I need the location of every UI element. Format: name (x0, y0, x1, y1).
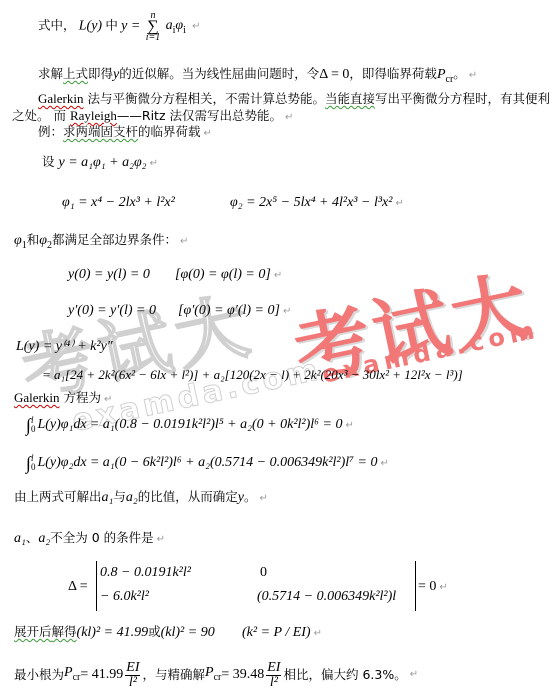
math: [φ(0) = φ(l) = 0] (175, 267, 271, 282)
math: L(y) = y⁽⁴⁾ + k²y″ (16, 339, 113, 354)
text: 方程为 (59, 390, 100, 405)
text: 即得 (88, 66, 113, 81)
final-result: 最小根为 Pcr = 41.99 EIl² ，与精确解 Pcr = 39.48 … (14, 660, 418, 690)
math: [φ′(0) = φ′(l) = 0] (178, 303, 280, 318)
math: P (437, 67, 446, 82)
determinant-rhs: = 0↵ (418, 578, 448, 596)
paragraph-mark-icon: ↵ (469, 70, 477, 81)
paragraph-mark-icon: ↵ (260, 493, 268, 504)
math: L(y)φ₂dx (37, 455, 86, 470)
determinant-lhs: Δ = (68, 578, 88, 595)
paragraph-galerkin: Galerkin 法与平衡微分方程相关，不需计算总势能。当能直接写出平衡微分方程… (38, 91, 550, 107)
math: cr (73, 672, 81, 683)
paragraph-mark-icon: ↵ (410, 667, 418, 683)
text: 都满足全部边界条件： (52, 232, 177, 247)
denominator: l² (270, 676, 278, 690)
text: ——Ritz 法仅需写出总势能。 (117, 108, 282, 123)
paragraph-mark-icon: ↵ (157, 534, 165, 545)
text: 的近似解。当为线性屈曲问题时，令 (119, 66, 319, 81)
line-approx-solution: 求解上式即得y的近似解。当为线性屈曲问题时，令Δ = 0，即得临界荷载Pcr。↵ (38, 66, 477, 88)
math: cr (214, 672, 222, 683)
math: = a₁(0.8 − 0.0191k²l²)l⁵ + a₂(0 + 0k²l²)… (90, 417, 343, 432)
math: = a₁[24 + 2k²(6x² − 6lx + l²)] + a₂[120(… (42, 367, 463, 382)
math: (k² = P / EI) (242, 625, 311, 640)
text: 式中， (38, 17, 76, 32)
text: 展开后 (14, 624, 52, 639)
paragraph-mark-icon: ↵ (285, 112, 293, 123)
math: φ (175, 18, 183, 33)
boundary-condition-2-phi: [φ′(0) = φ′(l) = 0]↵ (178, 302, 291, 320)
text: 之处。 而 (12, 108, 70, 123)
bc-intro: φ1和φ2都满足全部边界条件：↵ (14, 232, 188, 254)
text: 法与平衡微分方程相关，不需计算总势能。 (83, 91, 324, 106)
paragraph-mark-icon: ↵ (180, 236, 188, 247)
text: 最小根为 (14, 667, 64, 683)
fraction: EIl² (125, 661, 140, 690)
math: = 39.48 (221, 667, 264, 683)
math: a₁ (14, 531, 26, 546)
text: 中 (105, 17, 118, 32)
math: y(0) = y(l) = 0 (68, 267, 150, 282)
math: = a₁(0 − 6k²l²)l⁶ + a₂(0.5714 − 0.006349… (90, 455, 378, 470)
math: (kl)² = 90 (161, 625, 215, 640)
paragraph-mark-icon: ↵ (380, 458, 388, 469)
math: = 0 (418, 579, 436, 594)
phi1-definition: φ₁ = x⁴ − 2lx³ + l²x² (62, 194, 175, 211)
math: L(y)φ₁dx (37, 417, 86, 432)
text: 的比值，从而确定 (138, 489, 238, 504)
paragraph-mark-icon: ↵ (274, 270, 282, 281)
text: 或 (148, 624, 161, 639)
paragraph-mark-icon: ↵ (192, 21, 200, 32)
math: φ₂ = 2x⁵ − 5lx⁴ + 4l²x³ − l³x² (230, 195, 392, 210)
boundary-condition-2: y′(0) = y′(l) = 0 (68, 302, 156, 319)
paragraph-mark-icon: ↵ (345, 420, 353, 431)
matrix-cell: − 6.0k²l² (100, 589, 149, 605)
math: a (166, 18, 173, 33)
galerkin-equation-2: ∫l0L(y)φ₂dx = a₁(0 − 6k²l²)l⁶ + a₂(0.571… (26, 454, 389, 472)
math: L(y) (79, 18, 102, 33)
paragraph-mark-icon: ↵ (204, 128, 212, 139)
math: P (64, 665, 73, 680)
text: 相比，偏大约 6.3%。 (283, 667, 406, 683)
text: 。 (244, 489, 257, 504)
text: ，即得临界荷载 (349, 66, 437, 81)
text: 由上两式可解出 (14, 489, 102, 504)
math: Δ = (68, 579, 88, 594)
text: 和 (27, 232, 40, 247)
text: Galerkin (38, 91, 83, 106)
text: 写出平衡微分方程时，有其便利 (375, 91, 550, 106)
paragraph-mark-icon: ↵ (150, 158, 158, 169)
math: y = (121, 18, 144, 33)
paragraph-mark-icon: ↵ (314, 628, 322, 639)
paragraph-mark-icon: ↵ (283, 306, 291, 317)
phi2-definition: φ₂ = 2x⁵ − 5lx⁴ + 4l²x³ − l³x²↵ (230, 194, 404, 212)
math: y′(0) = y′(l) = 0 (68, 303, 156, 318)
determinant-matrix: 0.8 − 0.0191k²l² 0 − 6.0k²l² (0.5714 − 0… (96, 561, 416, 611)
galerkin-equation-label: Galerkin 方程为↵ (14, 390, 112, 408)
paragraph-mark-icon: ↵ (439, 582, 447, 593)
text: 不全为 0 的条件是 (50, 530, 153, 545)
k-definition: (k² = P / EI)↵ (242, 624, 322, 642)
text: 设 (42, 154, 58, 169)
operator-Ly-expanded: = a₁[24 + 2k²(6x² − 6lx + l²)] + a₂[120(… (42, 367, 463, 383)
sum-lower: i=1 (146, 32, 161, 43)
text: 的临界荷载 (138, 124, 201, 139)
matrix-cell: 0.8 − 0.0191k²l² (100, 565, 191, 581)
math: = 41.99 (80, 667, 123, 683)
text: 。 (453, 66, 466, 81)
math: y = a₁φ₁ + a₂φ₂ (58, 155, 146, 170)
text: 解得 (52, 624, 77, 639)
math: φ₁ = x⁴ − 2lx³ + l²x² (62, 195, 175, 210)
math: a₁ (102, 490, 114, 505)
example-heading: 例：求两端固支杆的临界荷载↵ (38, 124, 212, 142)
solve-ratio-text: 由上两式可解出a₁与a₂的比值，从而确定y。↵ (14, 489, 268, 507)
text: Galerkin (14, 390, 59, 405)
text: 求两端固支杆 (63, 124, 138, 139)
lower-limit: 0 (31, 425, 36, 434)
matrix-cell: (0.5714 − 0.006349k²l²)l (257, 589, 396, 605)
matrix-cell: 0 (260, 565, 267, 581)
lower-limit: 0 (31, 463, 36, 472)
math: P (205, 665, 214, 680)
assume-line: 设 y = a₁φ₁ + a₂φ₂↵ (42, 154, 158, 172)
text: ，与精确解 (142, 667, 205, 683)
nontrivial-condition-text: a₁、a₂不全为 0 的条件是↵ (14, 530, 165, 548)
paragraph-mark-icon: ↵ (104, 394, 112, 405)
text: 、 (26, 530, 39, 545)
text: 求解 (38, 66, 63, 81)
denominator: l² (129, 676, 137, 690)
expanded-solution: 展开后解得(kl)² = 41.99或(kl)² = 90 (14, 624, 215, 641)
text: 例： (38, 124, 63, 139)
math: i (183, 25, 186, 36)
boundary-condition-1: y(0) = y(l) = 0 (68, 266, 150, 283)
line-sum-definition: 式中， L(y) 中 y = n ∑ i=1 aiφi ↵ (38, 10, 201, 43)
numerator: EI (125, 661, 140, 676)
text: 上式 (63, 66, 88, 81)
math: a₂ (38, 531, 50, 546)
text: Rayleigh (70, 108, 117, 123)
summation: n ∑ i=1 (146, 10, 161, 43)
math: (kl)² = 41.99 (77, 625, 149, 640)
math: a₂ (126, 490, 138, 505)
sigma-icon: ∑ (147, 21, 158, 32)
text: 当能直接 (325, 91, 375, 106)
galerkin-equation-1: ∫l0L(y)φ₁dx = a₁(0.8 − 0.0191k²l²)l⁵ + a… (26, 416, 354, 434)
text: 与 (113, 489, 126, 504)
boundary-condition-1-phi: [φ(0) = φ(l) = 0]↵ (175, 266, 282, 284)
paragraph-mark-icon: ↵ (395, 198, 403, 209)
fraction: EIl² (266, 661, 281, 690)
numerator: EI (266, 661, 281, 676)
operator-Ly: L(y) = y⁽⁴⁾ + k²y″ (16, 338, 113, 355)
math: Δ = 0 (319, 67, 349, 82)
